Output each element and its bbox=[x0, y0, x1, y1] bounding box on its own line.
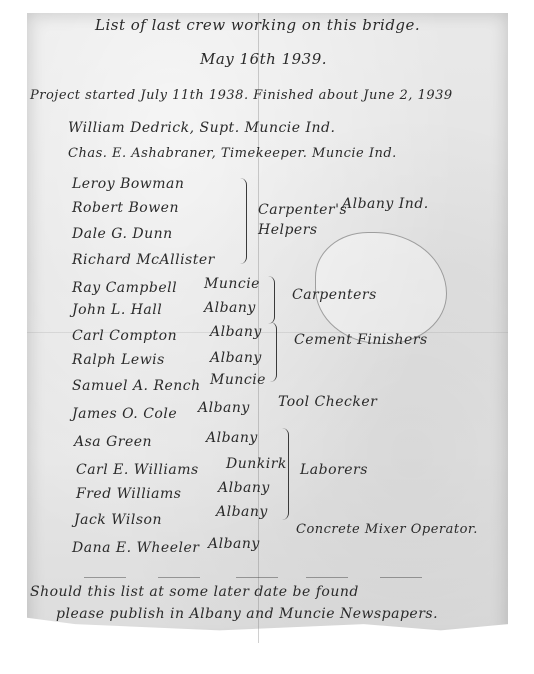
group-role-label: Carpenters bbox=[292, 287, 377, 303]
crew-member-name: Ray Campbell bbox=[72, 280, 177, 296]
crew-member-name: Carl Compton bbox=[72, 328, 177, 344]
group-brace bbox=[268, 276, 275, 324]
separator-line bbox=[380, 577, 422, 578]
group-brace bbox=[282, 428, 289, 520]
separator-line bbox=[236, 577, 278, 578]
separator-line bbox=[158, 577, 200, 578]
group-role-label: Tool Checker bbox=[278, 394, 377, 410]
group-location-label: Albany Ind. bbox=[342, 196, 429, 212]
group-role-label: Laborers bbox=[300, 462, 368, 478]
crew-member-name: Leroy Bowman bbox=[72, 176, 184, 192]
group-role-label: Concrete Mixer Operator. bbox=[296, 522, 478, 537]
group-role-label: Cement Finishers bbox=[294, 332, 428, 348]
project-dates-line: Project started July 11th 1938. Finished… bbox=[30, 88, 453, 103]
crew-member-name: Ralph Lewis bbox=[72, 352, 165, 368]
crew-member-town: Albany bbox=[204, 300, 256, 316]
superintendent-line: William Dedrick, Supt. Muncie Ind. bbox=[68, 120, 335, 136]
crew-member-name: Fred Williams bbox=[76, 486, 181, 502]
crew-member-town: Albany bbox=[210, 350, 262, 366]
separator-line bbox=[84, 577, 126, 578]
footer-note-line-2: please publish in Albany and Muncie News… bbox=[56, 606, 438, 622]
separator-line bbox=[306, 577, 348, 578]
crew-member-name: Dale G. Dunn bbox=[72, 226, 173, 242]
crew-member-name: Robert Bowen bbox=[72, 200, 179, 216]
group-brace bbox=[240, 178, 247, 264]
document-date: May 16th 1939. bbox=[200, 50, 327, 68]
crew-member-town: Muncie bbox=[210, 372, 266, 388]
crew-member-town: Muncie bbox=[204, 276, 260, 292]
crew-member-town: Albany bbox=[198, 400, 250, 416]
footer-note-line-1: Should this list at some later date be f… bbox=[30, 584, 359, 600]
crew-member-name: James O. Cole bbox=[72, 406, 177, 422]
crew-member-town: Albany bbox=[208, 536, 260, 552]
crew-member-town: Albany bbox=[218, 480, 270, 496]
crew-member-name: Asa Green bbox=[74, 434, 152, 450]
crew-member-name: John L. Hall bbox=[72, 302, 162, 318]
crew-member-name: Carl E. Williams bbox=[76, 462, 199, 478]
group-brace bbox=[270, 322, 277, 382]
crew-member-name: Samuel A. Rench bbox=[72, 378, 201, 394]
crew-member-name: Jack Wilson bbox=[74, 512, 162, 528]
group-role-label: Carpenter's Helpers bbox=[258, 200, 338, 240]
crew-member-town: Dunkirk bbox=[226, 456, 287, 472]
timekeeper-line: Chas. E. Ashabraner, Timekeeper. Muncie … bbox=[68, 146, 397, 161]
document-title: List of last crew working on this bridge… bbox=[95, 16, 420, 34]
crew-member-town: Albany bbox=[210, 324, 262, 340]
crew-member-town: Albany bbox=[206, 430, 258, 446]
crew-member-name: Dana E. Wheeler bbox=[72, 540, 199, 556]
crew-member-name: Richard McAllister bbox=[72, 252, 215, 268]
crew-member-town: Albany bbox=[216, 504, 268, 520]
